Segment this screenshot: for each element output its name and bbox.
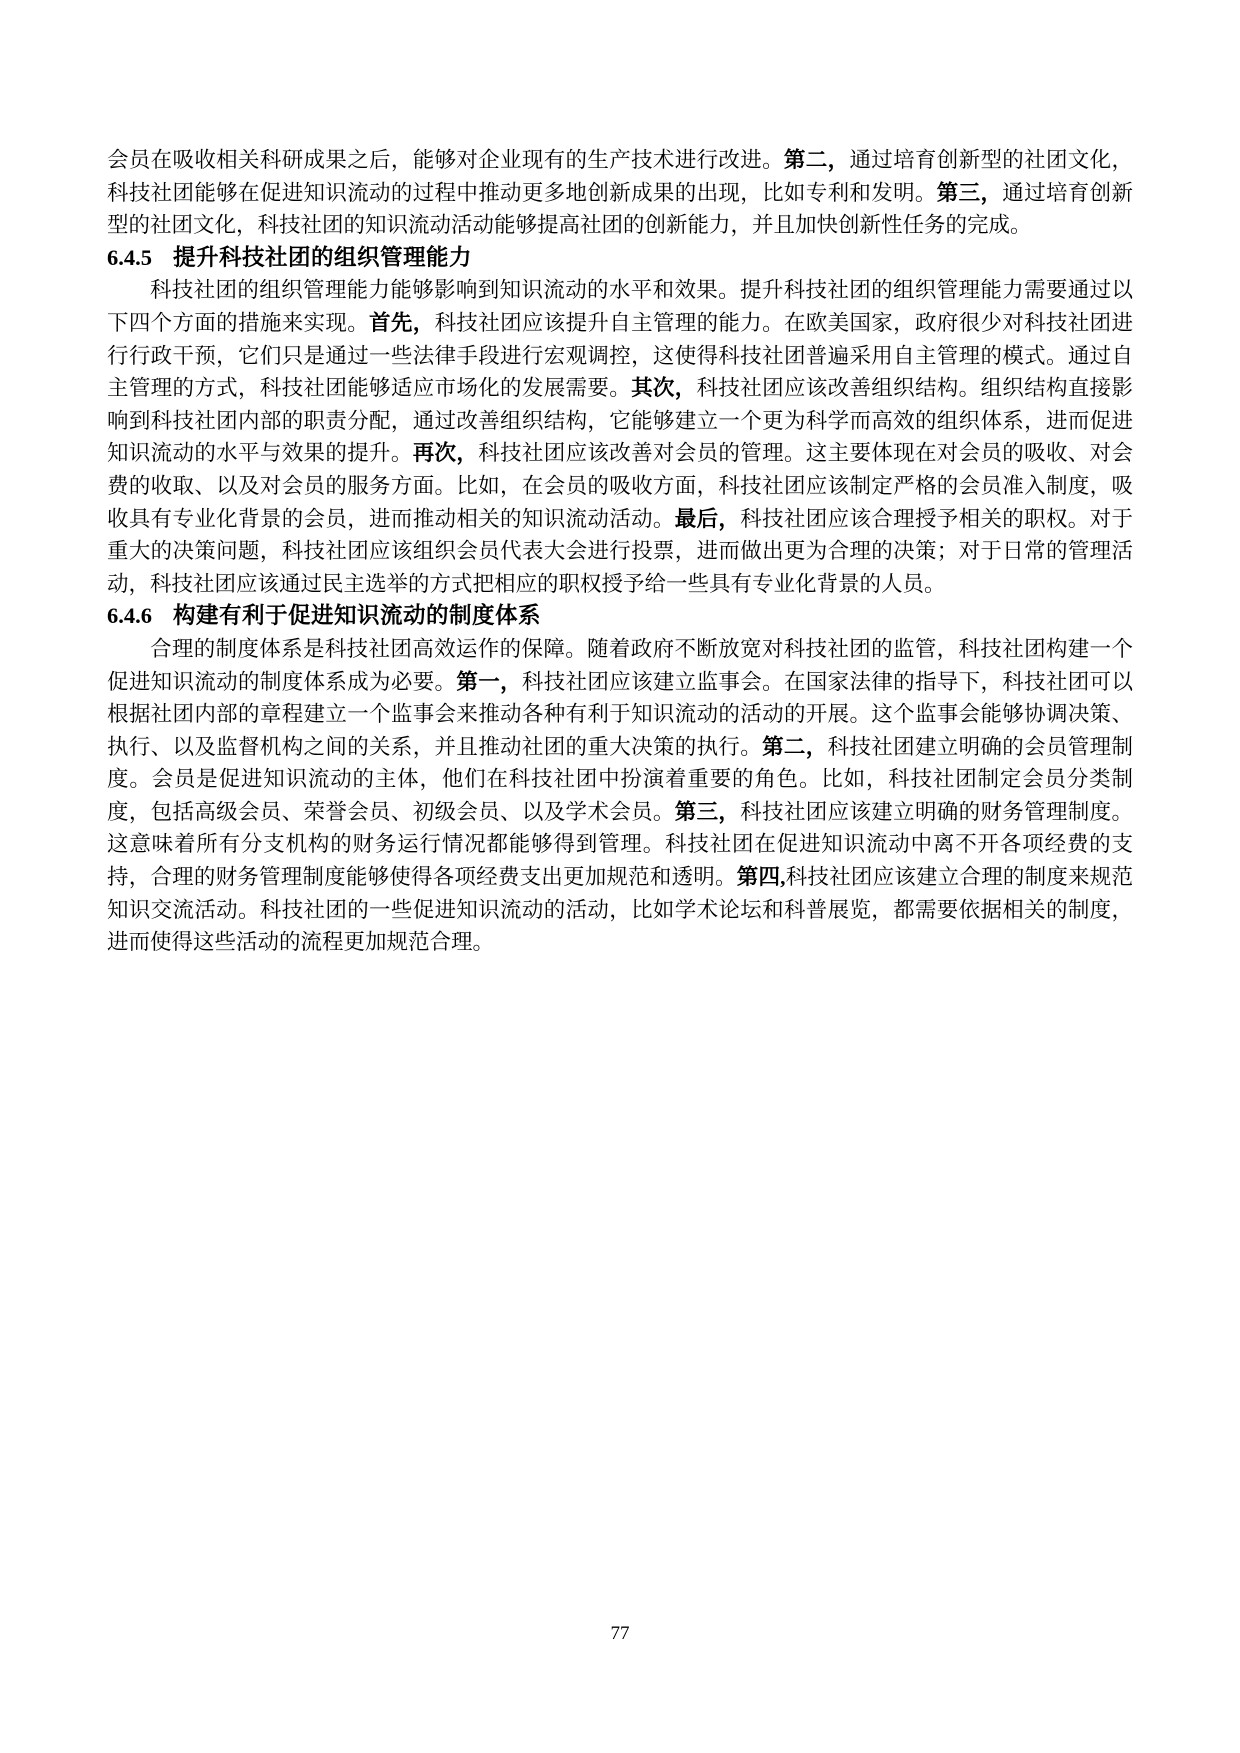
text-run-bold: 首先， [369, 311, 435, 335]
section-heading-6-4-6: 6.4.6构建有利于促进知识流动的制度体系 [107, 600, 1133, 633]
page-content: 会员在吸收相关科研成果之后，能够对企业现有的生产技术进行改进。第二，通过培育创新… [107, 144, 1133, 959]
text-run-bold: 第四, [737, 865, 786, 889]
section-heading-6-4-5: 6.4.5提升科技社团的组织管理能力 [107, 242, 1133, 275]
text-run-bold: 再次， [413, 441, 479, 465]
paragraph-6-4-6: 合理的制度体系是科技社团高效运作的保障。随着政府不断放宽对科技社团的监管，科技社… [107, 633, 1133, 959]
section-title: 构建有利于促进知识流动的制度体系 [173, 603, 541, 628]
section-number: 6.4.5 [107, 245, 152, 270]
text-run-bold: 第一， [456, 670, 522, 694]
section-number: 6.4.6 [107, 603, 152, 628]
text-run-bold: 第二， [784, 148, 850, 172]
document-page: 会员在吸收相关科研成果之后，能够对企业现有的生产技术进行改进。第二，通过培育创新… [0, 0, 1240, 1753]
text-run-bold: 第三， [675, 800, 741, 824]
paragraph-continuation: 会员在吸收相关科研成果之后，能够对企业现有的生产技术进行改进。第二，通过培育创新… [107, 144, 1133, 242]
text-run-bold: 最后， [675, 507, 741, 531]
text-run-bold: 其次， [631, 376, 697, 400]
paragraph-6-4-5: 科技社团的组织管理能力能够影响到知识流动的水平和效果。提升科技社团的组织管理能力… [107, 274, 1133, 600]
page-number: 77 [0, 1621, 1240, 1647]
text-run-bold: 第三， [937, 181, 1003, 205]
text-run: 会员在吸收相关科研成果之后，能够对企业现有的生产技术进行改进。 [107, 148, 784, 172]
section-title: 提升科技社团的组织管理能力 [173, 245, 472, 270]
text-run-bold: 第二， [762, 735, 828, 759]
